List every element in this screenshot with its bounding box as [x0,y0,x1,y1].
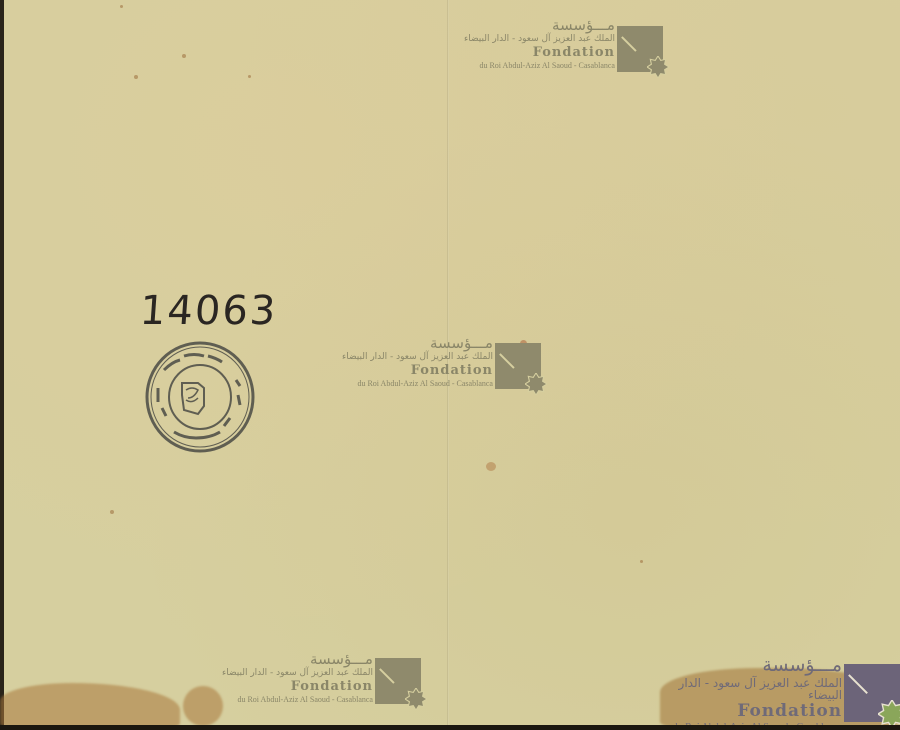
watermark-arabic-title: مـــؤسسة [552,18,615,33]
watermark-title: Fondation [533,46,615,59]
archive-stamp [144,340,256,458]
watermark-logo: مـــؤسسة الملك عبد العزيز آل سعود - الدا… [342,336,541,389]
paper-speck [110,510,114,514]
paper-speck [486,462,496,471]
watermark-arabic-subtitle: الملك عبد العزيز آل سعود - الدار البيضاء [342,353,493,362]
watermark-logo: مـــؤسسة الملك عبد العزيز آل سعود - الدا… [464,18,663,72]
watermark-title: Fondation [737,703,842,720]
watermark-arabic-subtitle: الملك عبد العزيز آل سعود - الدار البيضاء [648,677,842,701]
watermark-arabic-subtitle: الملك عبد العزيز آل سعود - الدار البيضاء [464,35,615,44]
watermark-title: Fondation [291,680,373,693]
watermark-subtitle: du Roi Abdul-Aziz Al Saoud - Casablanca [479,62,615,70]
foundation-logo-icon [375,658,421,704]
paper-speck [120,5,123,8]
water-stain [183,686,223,726]
scan-edge-bottom [0,725,900,730]
paper-speck [182,54,186,58]
catalog-number: 14063 [138,288,278,334]
watermark-arabic-title: مـــؤسسة [762,656,842,675]
watermark-logo: مـــؤسسة الملك عبد العزيز آل سعود - الدا… [222,652,421,704]
water-stain [0,683,180,728]
paper-speck [134,75,138,79]
watermark-arabic-subtitle: الملك عبد العزيز آل سعود - الدار البيضاء [222,669,373,678]
watermark-title: Fondation [411,364,493,377]
watermark-arabic-title: مـــؤسسة [310,652,373,667]
watermark-arabic-title: مـــؤسسة [430,336,493,351]
foundation-logo-icon [617,26,663,72]
watermark-subtitle: du Roi Abdul-Aziz Al Saoud - Casablanca [237,696,373,704]
foundation-logo-icon [844,664,900,722]
paper-speck [640,560,643,563]
document-page: 14063 مـــؤسسة الملك عبد العزيز آل سعود … [0,0,900,730]
watermark-logo-color: مـــؤسسة الملك عبد العزيز آل سعود - الدا… [648,656,900,730]
paper-speck [248,75,251,78]
foundation-logo-icon [495,343,541,389]
watermark-subtitle: du Roi Abdul-Aziz Al Saoud - Casablanca [357,380,493,388]
scan-edge-left [0,0,4,730]
